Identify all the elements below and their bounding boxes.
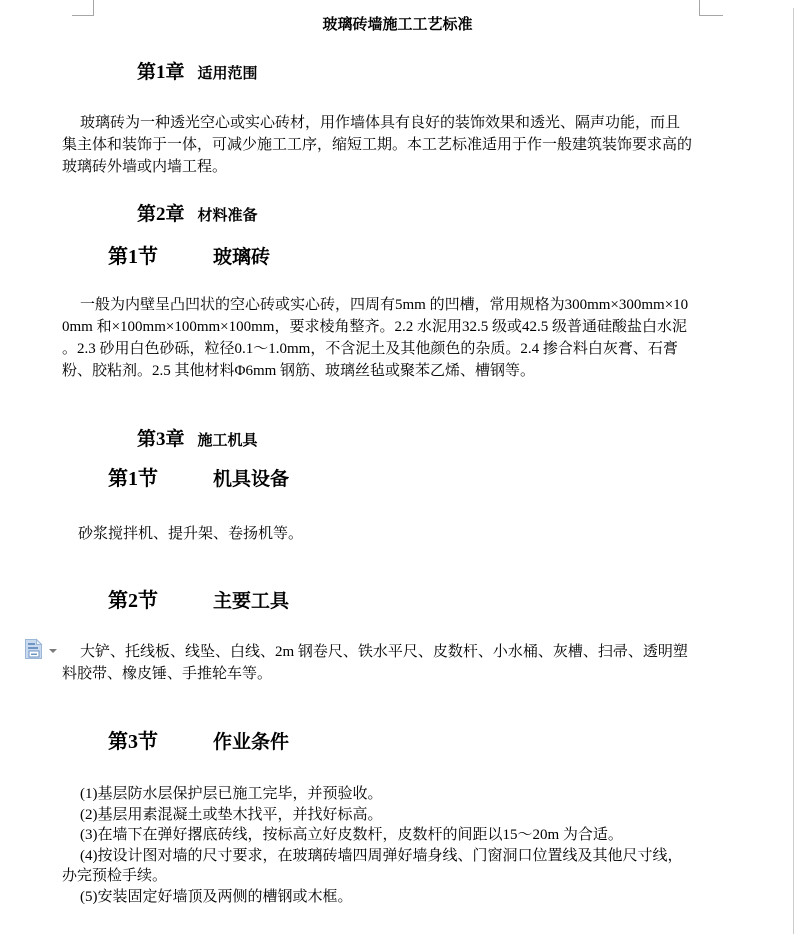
- section-work-conditions-heading: 第3节作业条件: [108, 731, 289, 754]
- text-boundary-mark-top-right: [699, 0, 723, 16]
- list-item: (2)基层用素混凝土或垫木找平，并找好标高。: [0, 805, 795, 826]
- list-item-continuation: 办完预检手续。: [0, 866, 795, 887]
- list-item: (4)按设计图对墙的尺寸要求，在玻璃砖墙四周弹好墙身线、门窗洞口位置线及其他尺寸…: [0, 846, 795, 867]
- section-title: 玻璃砖: [213, 247, 270, 268]
- section-number: 第1节: [108, 246, 158, 268]
- chapter-number: 第3章: [137, 429, 185, 450]
- chapter-number: 第2章: [137, 204, 185, 225]
- section-main-tools-heading: 第2节主要工具: [108, 590, 289, 613]
- dropdown-arrow-icon: [49, 649, 57, 653]
- paragraph-scope: 玻璃砖为一种透光空心或实心砖材，用作墙体具有良好的装饰效果和透光、隔声功能，而且…: [0, 112, 795, 178]
- section-title: 机具设备: [213, 469, 289, 490]
- paste-options-button[interactable]: [20, 637, 60, 663]
- list-item: (3)在墙下在弹好撂底砖线，按标高立好皮数杆，皮数杆的间距以15～20m 为合适…: [0, 825, 795, 846]
- paragraph-materials: 一般为内壁呈凸凹状的空心砖或实心砖，四周有5mm 的凹槽，常用规格为300mm×…: [0, 294, 795, 382]
- section-equipment-heading: 第1节机具设备: [108, 468, 289, 491]
- chapter-1-heading: 第1章适用范围: [137, 63, 258, 84]
- text-boundary-mark-top-left: [72, 0, 94, 16]
- chapter-2-heading: 第2章材料准备: [137, 205, 258, 226]
- chapter-title: 材料准备: [198, 208, 258, 224]
- paragraph-line: 0mm 和×100mm×100mm×100mm，要求棱角整齐。2.2 水泥用32…: [0, 316, 795, 338]
- section-glass-brick-heading: 第1节玻璃砖: [108, 246, 270, 269]
- paragraph-line: 玻璃砖为一种透光空心或实心砖材，用作墙体具有良好的装饰效果和透光、隔声功能，而且: [0, 112, 795, 134]
- chapter-number: 第1章: [137, 62, 185, 83]
- section-number: 第2节: [108, 590, 158, 612]
- paragraph-line: 大铲、托线板、线坠、白线、2m 钢卷尺、铁水平尺、皮数杆、小水桶、灰槽、扫帚、透…: [0, 641, 795, 663]
- numbered-list: (1)基层防水层保护层已施工完毕，并预验收。 (2)基层用素混凝土或垫木找平，并…: [0, 784, 795, 908]
- section-title: 作业条件: [213, 732, 289, 753]
- paragraph-line: 料胶带、橡皮锤、手推轮车等。: [0, 663, 795, 685]
- list-item: (1)基层防水层保护层已施工完毕，并预验收。: [0, 784, 795, 805]
- paragraph-line: 玻璃砖外墙或内墙工程。: [0, 156, 795, 178]
- paragraph-tools: 大铲、托线板、线坠、白线、2m 钢卷尺、铁水平尺、皮数杆、小水桶、灰槽、扫帚、透…: [0, 641, 795, 685]
- paragraph-line: 砂浆搅拌机、提升架、卷扬机等。: [0, 523, 795, 545]
- section-title: 主要工具: [213, 591, 289, 612]
- paragraph-line: 粉、胶粘剂。2.5 其他材料Φ6mm 钢筋、玻璃丝毡或聚苯乙烯、槽钢等。: [0, 360, 795, 382]
- list-item: (5)安装固定好墙顶及两侧的槽钢或木框。: [0, 887, 795, 908]
- document-title: 玻璃砖墙施工工艺标准: [0, 16, 795, 34]
- paragraph-line: 。2.3 砂用白色砂砾，粒径0.1～1.0mm，不含泥土及其他颜色的杂质。2.4…: [0, 338, 795, 360]
- paragraph-equipment: 砂浆搅拌机、提升架、卷扬机等。: [0, 523, 795, 545]
- section-number: 第3节: [108, 731, 158, 753]
- chapter-3-heading: 第3章施工机具: [137, 430, 258, 451]
- section-number: 第1节: [108, 468, 158, 490]
- paragraph-line: 集主体和装饰于一体，可减少施工工序，缩短工期。本工艺标准适用于作一般建筑装饰要求…: [0, 134, 795, 156]
- paragraph-line: 一般为内壁呈凸凹状的空心砖或实心砖，四周有5mm 的凹槽，常用规格为300mm×…: [0, 294, 795, 316]
- chapter-title: 适用范围: [198, 66, 258, 82]
- chapter-title: 施工机具: [198, 433, 258, 449]
